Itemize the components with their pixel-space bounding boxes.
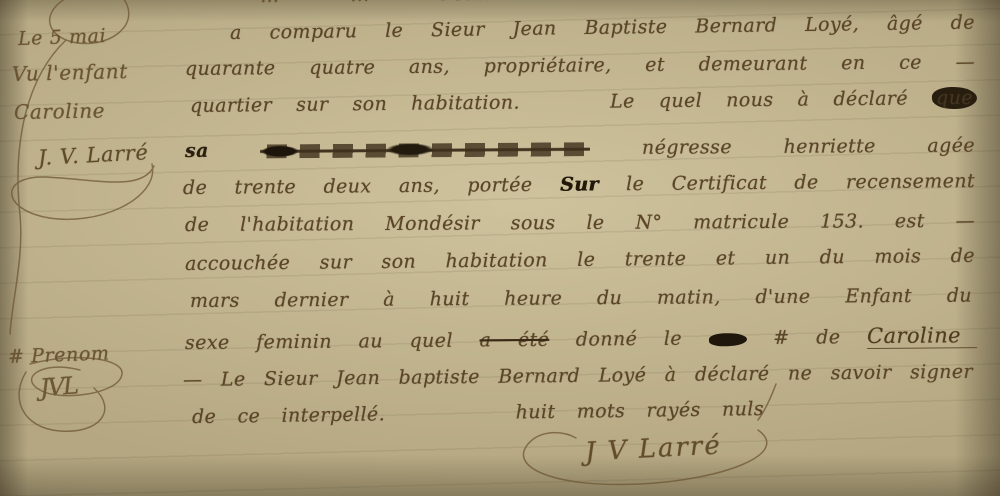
line9-insert-mark: # xyxy=(773,327,790,349)
body-line-9: sexe feminin au quel a été donné le # de… xyxy=(185,323,977,354)
body-line-8: mars dernier à huit heure du matin, d'un… xyxy=(190,285,972,312)
body-line-6: de l'habitation Mondésir sous le N° matr… xyxy=(185,210,975,236)
body-line-1: a comparu le Sieur Jean Baptiste Bernard… xyxy=(230,12,975,44)
ink-blot xyxy=(709,333,747,346)
line5-text-post: le Certificat de recensement xyxy=(626,170,975,195)
main-signature: J V Larré xyxy=(584,430,722,467)
flourish-margin-signature xyxy=(12,164,154,219)
line5-text-pre: de trente deux ans, portée xyxy=(183,174,533,199)
body-line-2: quarante quatre ans, propriétaire, et de… xyxy=(185,51,975,80)
line3-text-mid: Le quel nous à déclaré xyxy=(610,87,908,112)
line9-child-name: Caroline xyxy=(867,323,977,349)
body-line-10: — Le Sieur Jean baptiste Bernard Loyé à … xyxy=(183,361,973,391)
manuscript-page: Le 5 mai Vu l'enfant Caroline J. V. Larr… xyxy=(0,0,1000,496)
line3-blotted-word: que xyxy=(932,87,977,109)
body-line-4: sa négresse henriette agée xyxy=(185,134,975,162)
line9-text-post: de xyxy=(816,326,840,348)
line4-text-pre: sa xyxy=(185,140,209,162)
line9-struck-words: a été xyxy=(479,329,549,352)
margin-correction-mark: # Prenom xyxy=(8,342,110,368)
line5-overwritten-word: Sur xyxy=(560,173,599,195)
body-line-7: accouchée sur son habitation le trente e… xyxy=(185,245,975,275)
struck-out-words xyxy=(260,142,590,158)
line11-text-post: huit mots rayés nuls xyxy=(516,398,765,423)
body-line-3: quartier sur son habitation. Le quel nou… xyxy=(190,87,977,117)
line4-text-post: négresse henriette agée xyxy=(642,134,975,158)
margin-paraph: JVL xyxy=(39,371,78,402)
body-line-11: de ce interpellé. huit mots rayés nuls xyxy=(192,398,764,428)
margin-signature: J. V. Larré xyxy=(37,140,149,170)
line9-text-pre: sexe feminin au quel xyxy=(185,330,453,354)
line11-text-pre: de ce interpellé. xyxy=(192,403,385,428)
line9-text-mid: donné le xyxy=(576,328,682,351)
line3-text-pre: quartier sur son habitation. xyxy=(190,92,520,117)
body-line-top-fragment: … … l'état civil de ladite commune xyxy=(260,0,995,7)
body-line-5: de trente deux ans, portée Sur le Certif… xyxy=(183,170,975,199)
margin-note-child-name: Caroline xyxy=(14,98,106,124)
margin-note-date: Le 5 mai xyxy=(18,25,107,50)
margin-note-vu-enfant: Vu l'enfant xyxy=(12,59,128,86)
line11-gap xyxy=(406,419,494,420)
